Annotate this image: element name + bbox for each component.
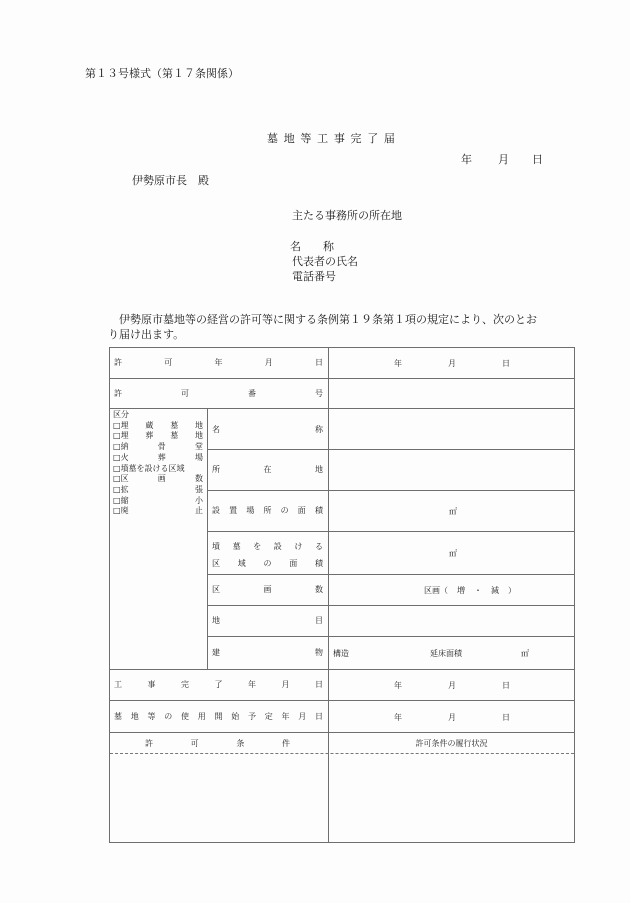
year-label: 年: [394, 680, 402, 691]
category-column-divider: [207, 408, 208, 669]
office-location-label: 主たる事務所の所在地: [292, 207, 402, 223]
checkbox-icon: □: [113, 485, 121, 494]
table-column-divider: [328, 347, 329, 843]
grave-area-row-label: 墳墓を設ける 区域の面積: [212, 538, 323, 572]
grave-area-field[interactable]: ㎡: [449, 548, 457, 559]
structure-label: 構造: [333, 648, 349, 659]
square-meter-unit: ㎡: [449, 549, 457, 558]
category-option-interment-grave[interactable]: □埋 葬墓地: [113, 431, 203, 442]
square-meter-unit: ㎡: [449, 507, 457, 516]
category-option-expansion[interactable]: □拡 張: [113, 485, 203, 496]
category-block: 区分 □埋 蔵墓地 □埋 葬墓地 □納 骨堂 □火 葬場 □墳墓を設ける区域 □…: [113, 410, 203, 517]
name-field[interactable]: [330, 410, 573, 448]
representative-label: 代表者の氏名: [292, 253, 358, 269]
checkbox-icon: □: [113, 506, 121, 515]
label-char: 月: [265, 357, 273, 368]
conditions-fulfillment-field[interactable]: [330, 755, 573, 840]
plots-row-label: 区画数: [212, 574, 323, 605]
checkbox-icon: □: [113, 496, 121, 505]
permit-number-field[interactable]: [330, 380, 573, 407]
category-option-abolition[interactable]: □廃 止: [113, 506, 203, 517]
location-field[interactable]: [330, 451, 573, 489]
table-border-left: [109, 347, 110, 843]
title-char: 等: [300, 130, 311, 146]
checkbox-icon: □: [113, 421, 121, 430]
plots-field[interactable]: 区画（ 増 ・ 減 ）: [424, 585, 516, 596]
site-area-row-label: 設置場所の面積: [212, 490, 323, 531]
date-month-label: 月: [498, 151, 509, 167]
label-char: 可: [181, 388, 189, 399]
land-category-row-label: 地目: [212, 605, 323, 636]
body-text-line2: り届け出ます。: [108, 326, 184, 342]
label-char: 可: [164, 357, 172, 368]
date-day-label: 日: [532, 151, 543, 167]
conditions-dashed-line: [110, 753, 574, 754]
table-border-bottom: [109, 842, 575, 843]
title-char: 事: [334, 130, 345, 146]
month-label: 月: [448, 680, 456, 691]
label-char: 号: [315, 388, 323, 399]
label-char: 番: [248, 388, 256, 399]
increase-option: 増: [457, 585, 465, 596]
title-char: 了: [367, 130, 378, 146]
completion-date-label: 工事完了年月日: [114, 669, 323, 700]
decrease-option: 減: [491, 585, 499, 596]
page-title: 墓 地 等 工 事 完 了 届: [267, 130, 395, 146]
category-option-reduction[interactable]: □縮 小: [113, 496, 203, 507]
day-label: 日: [502, 680, 510, 691]
category-option-plot-count[interactable]: □区 画数: [113, 474, 203, 485]
title-char: 届: [384, 130, 395, 146]
month-label: 月: [448, 712, 456, 723]
permit-conditions-field[interactable]: [111, 755, 326, 840]
category-option-ossuary[interactable]: □納 骨堂: [113, 442, 203, 453]
body-text-line1: 伊勢原市墓地等の経営の許可等に関する条例第１９条第１項の規定により、次のとお: [108, 311, 537, 327]
table-border-right: [574, 347, 575, 843]
land-category-field[interactable]: [330, 607, 573, 635]
building-row-label: 建物: [212, 636, 323, 669]
category-option-burial-grave[interactable]: □埋 蔵墓地: [113, 421, 203, 432]
name-label: 名 称: [290, 238, 334, 254]
conditions-fulfillment-header: 許可条件の履行状況: [329, 733, 574, 753]
date-year-label: 年: [461, 151, 472, 167]
floor-area-label: 延床面積: [430, 648, 462, 659]
category-title: 区分: [113, 410, 203, 421]
checkbox-icon: □: [113, 442, 121, 451]
month-label: 月: [448, 358, 456, 369]
checkbox-icon: □: [113, 431, 121, 440]
label-char: 許: [114, 357, 122, 368]
day-label: 日: [502, 358, 510, 369]
day-label: 日: [502, 712, 510, 723]
site-area-field[interactable]: ㎡: [449, 506, 457, 517]
title-char: 完: [351, 130, 362, 146]
title-char: 工: [317, 130, 328, 146]
category-option-grave-area[interactable]: □墳墓を設ける区域: [113, 464, 203, 475]
title-char: 墓: [267, 130, 278, 146]
title-char: 地: [284, 130, 295, 146]
row-line: [207, 531, 575, 532]
checkbox-icon: □: [113, 464, 121, 473]
row-line: [109, 408, 575, 409]
label-char: 日: [315, 357, 323, 368]
location-row-label: 所在地: [212, 449, 323, 490]
square-meter-unit: ㎡: [521, 648, 529, 659]
label-char: 年: [215, 357, 223, 368]
phone-label: 電話番号: [292, 268, 336, 284]
label-char: 許: [114, 388, 122, 399]
permit-conditions-header: 許可条件: [145, 733, 290, 753]
checkbox-icon: □: [113, 474, 121, 483]
addressee: 伊勢原市長 殿: [132, 172, 209, 188]
permit-date-label: 許 可 年 月 日: [114, 347, 323, 378]
category-option-crematorium[interactable]: □火 葬場: [113, 453, 203, 464]
checkbox-icon: □: [113, 453, 121, 462]
year-label: 年: [394, 712, 402, 723]
name-row-label: 名称: [212, 409, 323, 449]
permit-number-label: 許 可 番 号: [114, 378, 323, 408]
year-label: 年: [394, 358, 402, 369]
use-start-date-label: 墓地等の使用開始予定年月日: [114, 700, 323, 732]
form-number: 第１３号様式（第１７条関係）: [85, 65, 239, 81]
